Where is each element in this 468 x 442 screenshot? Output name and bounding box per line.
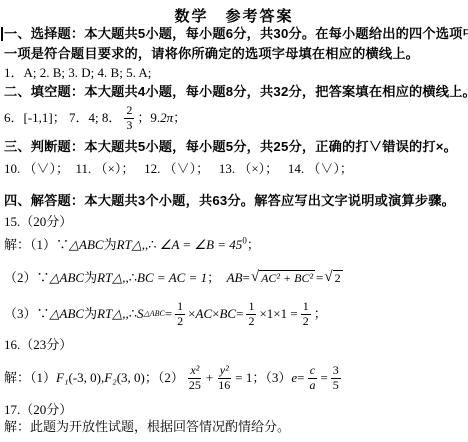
area-variable: S [137, 306, 144, 322]
wei-text: 为 [84, 306, 97, 322]
equals-sign: = [320, 370, 327, 386]
radicand-sum-of-squares: AC² + BC² [259, 270, 315, 285]
times-sign: × [188, 306, 195, 322]
equals-sign: = [297, 370, 304, 386]
question-17-solution: 解：此题为开放性试题，根据回答情况酌情给分。 [4, 419, 290, 435]
answer-9-end: ； [173, 110, 186, 126]
section1-answers: 1．A; 2. B; 3. D; 4. B; 5. A; [4, 65, 151, 81]
equals-sign: = [236, 306, 243, 322]
therefore-symbol: ,∴ [145, 237, 160, 252]
section2-heading: 二、填空题：本大题共4小题，每小题8分，共32分，把答案填在相应的横线上。 [4, 84, 468, 100]
radical-sign: √ [324, 270, 332, 285]
section1-heading-line2: 一项是符合题目要求的，请将你所确定的选项字母填在相应的横线上。 [4, 46, 419, 62]
section1-heading-line1: 一、选择题：本大题共5小题，每小题6分，共30分。在每小题给出的四个选项中，只有 [4, 26, 468, 42]
therefore-symbol: ,∴ [126, 270, 138, 286]
rt-triangle: RT△, [117, 237, 145, 252]
side-equation: BC = AC = 1 [137, 270, 207, 286]
multiplication-chain: ×1×1 = [259, 306, 297, 322]
times-sign: × [212, 306, 219, 322]
equals-one-part3: = 1；（3） [235, 370, 291, 386]
question-17-label: 17.（20分） [4, 402, 72, 418]
plus-sign: + [206, 370, 213, 386]
step1-end: ； [247, 237, 260, 252]
part2-label: ；（2） [145, 370, 184, 386]
angle-equation: ∠A = ∠B = 45 [160, 237, 243, 252]
step2-prefix: （2）∵ [4, 270, 50, 286]
answers-7-8-text: ； 7．4; 8． [53, 110, 122, 126]
focus-2-variable: F₂ [104, 370, 116, 386]
ac-variable: AC [196, 306, 213, 322]
focus-1-coords: (-3, 0) [68, 370, 101, 386]
rt-triangle: RT△, [97, 270, 125, 286]
rt-triangle: RT△, [97, 306, 125, 322]
question-16-solution: 解：（1） F₁ (-3, 0) , F₂ (3, 0) ；（2） x²25 +… [4, 358, 344, 398]
section2-answers: 6． [-1,1] ； 7．4; 8． 2 3 ；9. 2π ； [4, 100, 186, 136]
fraction-one-half: 12 [246, 300, 256, 327]
answer-9-label: ；9. [137, 110, 160, 126]
wei-text: 为 [104, 237, 117, 252]
answer-sheet-page: 数学 参考答案 一、选择题：本大题共5小题，每小题6分，共30分。在每小题给出的… [0, 0, 468, 442]
fraction-c-over-a: ca [307, 364, 317, 391]
step1-prefix: 解：（1）∵ [4, 237, 69, 252]
answer-6-interval: [-1,1] [24, 110, 53, 126]
square-root: √AC² + BC² [251, 270, 315, 285]
radical-sign: √ [251, 270, 259, 285]
section3-answers: 10. （∨）； 11. （×）； 12. （∨）； 13. （×）； 14. … [4, 161, 353, 177]
section4-heading: 四、解答题：本大题共3个小题，共63分。解答应写出文字说明或演算步骤。 [4, 193, 455, 209]
focus-2-coords: (3, 0) [117, 370, 145, 386]
question-15-step3: （3）∵ △ABC 为 RT△, ,∴ S △ABC = 12 × AC × B… [4, 296, 327, 332]
fraction-three-fifths: 35 [331, 364, 341, 391]
triangle-abc: △ABC [50, 270, 85, 286]
fraction-one-half: 12 [301, 300, 311, 327]
focus-1-variable: F₁ [56, 370, 68, 386]
step3-prefix: （3）∵ [4, 306, 50, 322]
equals-sign: = [165, 306, 172, 322]
section3-heading: 三、判断题：本大题共5小题，每小题5分，共25分，正确的打∨错误的打×。 [4, 139, 457, 155]
equals-sign: = [316, 270, 323, 286]
bc-variable: BC [219, 306, 236, 322]
question-15-label: 15.（20分） [4, 214, 72, 230]
square-root: √2 [324, 270, 342, 285]
separator: ； [207, 270, 227, 286]
fraction-y-squared-over-16: y²16 [216, 364, 232, 391]
question-15-step2: （2）∵ △ABC 为 RT△, ,∴ BC = AC = 1 ； AB = √… [4, 263, 344, 293]
fraction-x-squared-over-25: x²25 [187, 364, 203, 391]
solution-prefix: 解：（1） [4, 370, 56, 386]
question-15-step1: 解：（1）∵△ABC为RT△,,∴ ∠A = ∠B = 450； [4, 237, 260, 253]
equals-sign: = [243, 270, 250, 286]
page-title: 数学 参考答案 [0, 5, 468, 26]
question-16-label: 16.（23分） [4, 337, 72, 353]
step3-end: ； [314, 306, 327, 322]
triangle-abc: △ABC [50, 306, 85, 322]
triangle-abc: △ABC [69, 237, 104, 252]
therefore-symbol: ,∴ [126, 306, 138, 322]
answer-6-label: 6． [4, 110, 24, 126]
text-cursor [1, 27, 3, 41]
fraction-one-half: 12 [175, 300, 185, 327]
radicand-two: 2 [333, 270, 343, 285]
answer-9-value: 2π [160, 110, 173, 126]
fraction-two-thirds: 2 3 [124, 104, 134, 131]
ab-variable: AB [227, 270, 243, 286]
wei-text: 为 [84, 270, 97, 286]
